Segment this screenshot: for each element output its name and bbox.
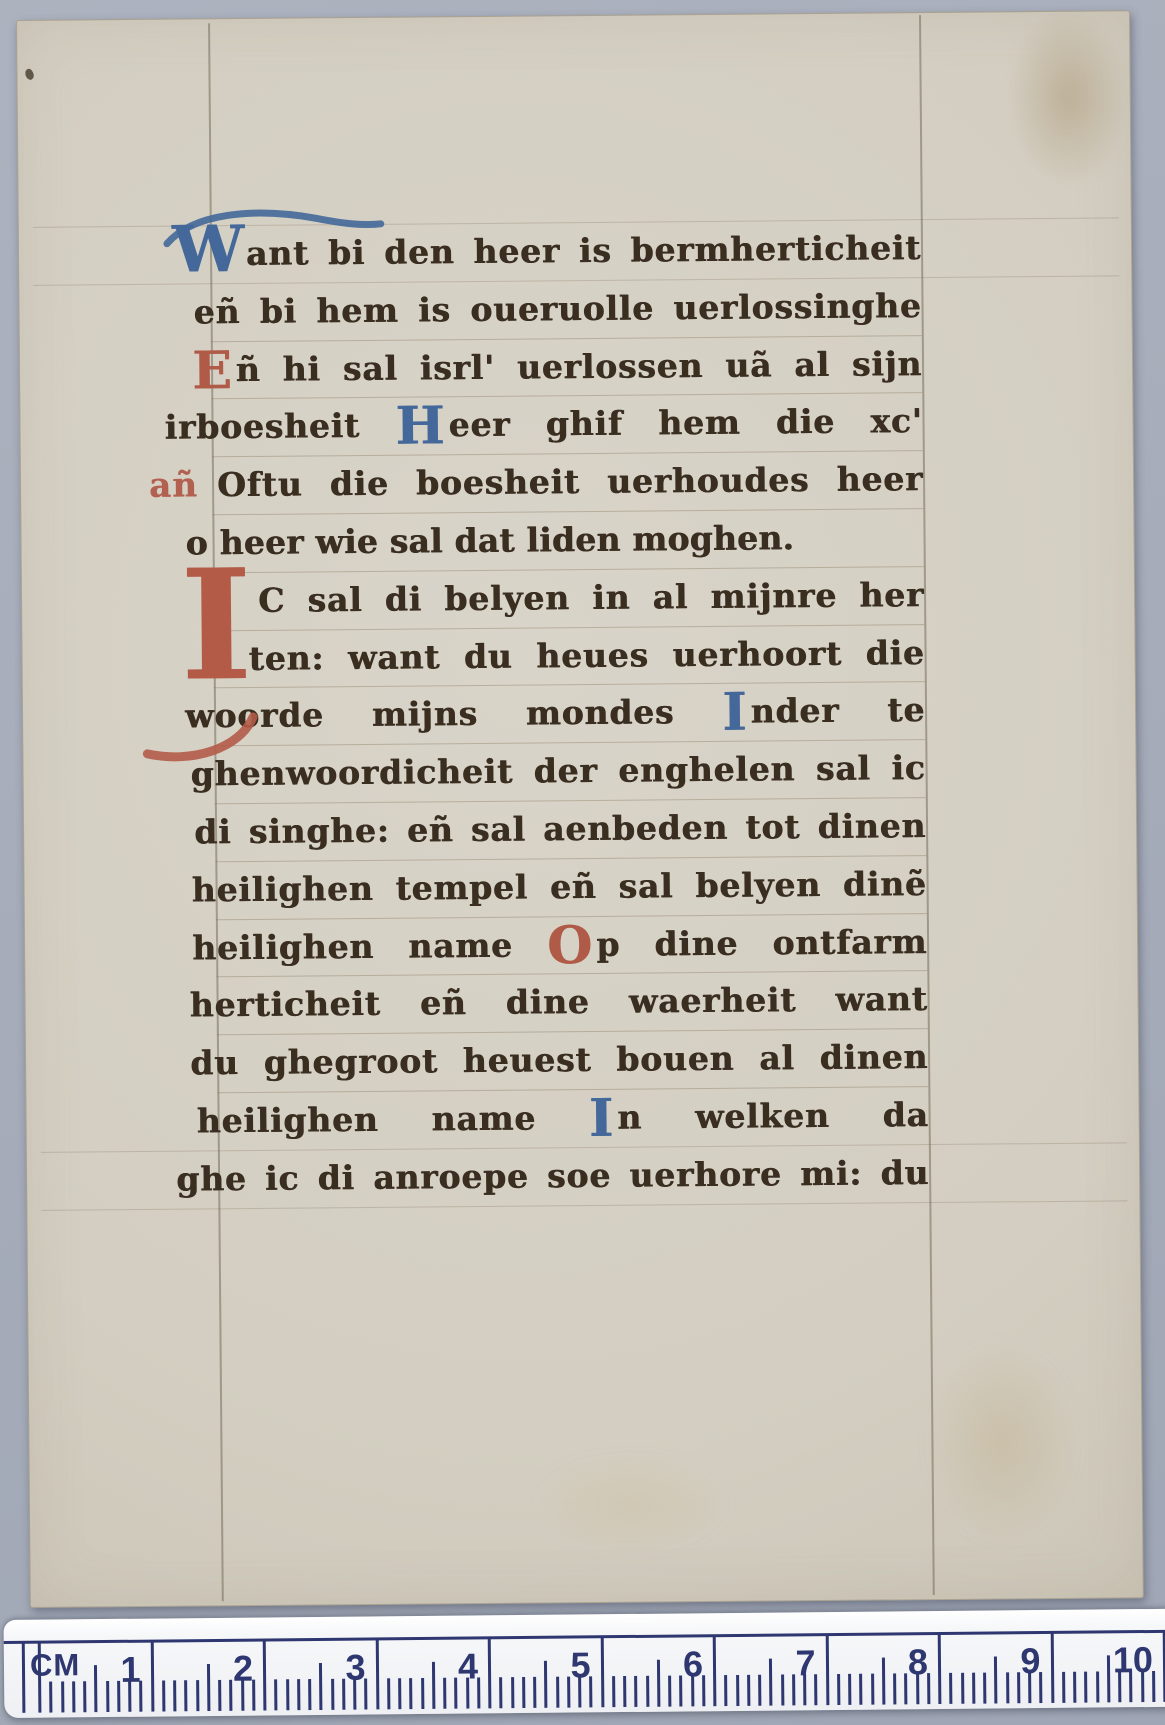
mm-tick bbox=[1062, 1672, 1065, 1703]
cm-ruler: CM 12345678910 bbox=[4, 1608, 1165, 1718]
manuscript-text-line: heilighen name In welken da bbox=[196, 1086, 928, 1150]
text-segment: Oftu die boesheit uerhoudes heer bbox=[217, 459, 923, 504]
stain-bottom-right bbox=[927, 1342, 1079, 1543]
ruler-left-line bbox=[22, 1642, 26, 1713]
manuscript-text-line: C sal di belyen in al mijnre her bbox=[258, 566, 924, 630]
cm-mark bbox=[600, 1636, 604, 1707]
mm-tick bbox=[162, 1680, 165, 1711]
cm-mark bbox=[938, 1633, 942, 1704]
illuminated-initial: I bbox=[589, 1088, 614, 1149]
manuscript-text-line: di singhe: eñ sal aenbeden tot dinen bbox=[194, 797, 926, 861]
text-segment: eer ghif hem die xc' bbox=[448, 401, 922, 444]
drop-cap-initial: I bbox=[180, 549, 252, 702]
cm-mark bbox=[1050, 1632, 1054, 1703]
mm-tick bbox=[724, 1675, 727, 1706]
text-segment: o heer wie sal dat liden moghen. bbox=[185, 518, 794, 562]
cm-mark bbox=[150, 1641, 154, 1712]
text-segment: n welken da bbox=[617, 1095, 929, 1137]
cm-mark bbox=[375, 1638, 379, 1709]
text-segment: heilighen tempel eñ sal belyen dinẽ bbox=[191, 864, 926, 909]
mm-tick bbox=[1073, 1672, 1076, 1703]
text-segment: irboesheit bbox=[164, 406, 395, 447]
manuscript-text-line: o heer wie sal dat liden moghen. bbox=[185, 508, 923, 572]
marginal-rubric: añ bbox=[149, 465, 198, 505]
cm-mark bbox=[488, 1637, 492, 1708]
ink-speck bbox=[23, 68, 35, 81]
ruler-ticks-layer: 12345678910 bbox=[4, 1608, 1165, 1620]
stain-top-right bbox=[1007, 5, 1131, 188]
manuscript-text-line: eñ bi hem is oueruolle uerlossinghe bbox=[193, 277, 921, 341]
text-segment: ghe ic di anroepe soe uerhore mi: du bbox=[176, 1153, 929, 1199]
text-segment: du ghegroot heuest bouen al dinen bbox=[190, 1037, 928, 1082]
manuscript-text-line: Eñ hi sal isrl' uerlossen uã al sijn bbox=[192, 335, 922, 399]
manuscript-text-line: irboesheit Heer ghif hem die xc' bbox=[164, 392, 922, 457]
text-segment: ghenwoordicheit der enghelen sal ic bbox=[190, 748, 925, 793]
text-segment: p dine ontfarm bbox=[596, 922, 927, 964]
manuscript-text-line: du ghegroot heuest bouen al dinen bbox=[190, 1028, 928, 1092]
cm-number: 7 bbox=[745, 1642, 815, 1685]
parchment-leaf: Want bi den heer is bermherticheit eñ bi… bbox=[16, 10, 1144, 1608]
manuscript-text-line: heilighen name Op dine ontfarm bbox=[192, 913, 927, 977]
mm-tick bbox=[511, 1677, 514, 1708]
mm-tick bbox=[961, 1673, 964, 1704]
cm-number: 10 bbox=[1083, 1639, 1153, 1682]
mm-tick bbox=[848, 1674, 851, 1705]
cm-number: 5 bbox=[520, 1644, 590, 1687]
cm-number: 3 bbox=[295, 1647, 365, 1690]
manuscript-text-line: woorde mijns mondes Inder te bbox=[185, 681, 925, 745]
scanned-photo: { "page": { "background_color": "#a7adba… bbox=[0, 0, 1165, 1725]
mm-tick bbox=[173, 1680, 176, 1711]
cm-number: 6 bbox=[633, 1643, 703, 1686]
manuscript-text-line: ghe ic di anroepe soe uerhore mi: du bbox=[176, 1144, 929, 1209]
cm-number: 2 bbox=[183, 1648, 253, 1691]
text-segment: woorde mijns mondes bbox=[185, 692, 722, 736]
cm-number: 4 bbox=[408, 1645, 478, 1688]
text-segment: di singhe: eñ sal aenbeden tot dinen bbox=[194, 806, 926, 851]
mm-tick bbox=[387, 1678, 390, 1709]
text-segment: nder te bbox=[750, 690, 925, 731]
text-segment: eñ bi hem is oueruolle uerlossinghe bbox=[193, 286, 921, 331]
cm-number: 9 bbox=[970, 1640, 1040, 1683]
illuminated-initial: I bbox=[722, 682, 747, 743]
manuscript-text-line: ten: want du heues uerhoort die bbox=[248, 624, 924, 688]
illuminated-initial: E bbox=[192, 340, 232, 401]
mm-tick bbox=[49, 1682, 52, 1713]
mm-tick bbox=[736, 1675, 739, 1706]
cm-number: 8 bbox=[858, 1641, 928, 1684]
mm-tick bbox=[61, 1681, 64, 1712]
manuscript-text-line: ghenwoordicheit der enghelen sal ic bbox=[190, 739, 925, 803]
mm-tick bbox=[949, 1673, 952, 1704]
text-segment: ten: want du heues uerhoort die bbox=[248, 633, 924, 678]
manuscript-text-line: herticheit eñ dine waerheit want bbox=[189, 970, 927, 1034]
mm-tick bbox=[612, 1676, 615, 1707]
mm-tick bbox=[398, 1678, 401, 1709]
mm-tick bbox=[623, 1676, 626, 1707]
illuminated-initial: H bbox=[395, 396, 445, 457]
manuscript-text-line: Want bi den heer is bermherticheit bbox=[172, 219, 921, 284]
manuscript-text-line: Oftu die boesheit uerhoudes heer bbox=[217, 450, 923, 514]
mm-tick bbox=[837, 1674, 840, 1705]
text-segment: herticheit eñ dine waerheit want bbox=[189, 979, 927, 1024]
text-segment: heilighen name bbox=[192, 925, 547, 967]
text-segment: heilighen name bbox=[196, 1098, 589, 1140]
stain-bottom-center bbox=[530, 1455, 731, 1553]
mm-tick bbox=[274, 1679, 277, 1710]
cm-mark bbox=[713, 1635, 717, 1706]
mm-tick bbox=[286, 1679, 289, 1710]
text-segment: ant bi den heer is bermherticheit bbox=[246, 228, 921, 273]
ruling-layer bbox=[17, 11, 1129, 21]
illuminated-initial: O bbox=[547, 915, 593, 976]
illuminated-initial: W bbox=[172, 212, 243, 288]
mm-tick bbox=[499, 1677, 502, 1708]
cm-mark bbox=[825, 1634, 829, 1705]
text-segment: ñ hi sal isrl' uerlossen uã al sijn bbox=[236, 344, 923, 389]
text-segment: C sal di belyen in al mijnre her bbox=[258, 575, 924, 620]
manuscript-text-line: heilighen tempel eñ sal belyen dinẽ bbox=[191, 855, 926, 919]
cm-mark bbox=[263, 1639, 267, 1710]
cm-number: 1 bbox=[70, 1649, 140, 1692]
